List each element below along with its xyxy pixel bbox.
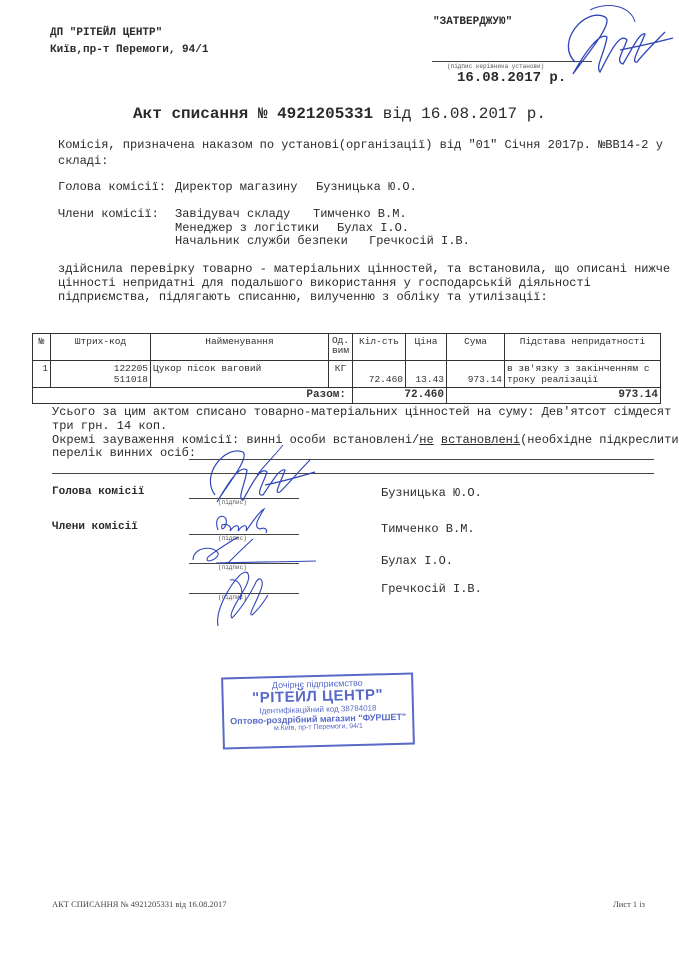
director-signature-icon [545, 2, 675, 82]
remarks-suffix: (необхідне підкреслити) [520, 433, 679, 447]
footer-doc-ref: АКТ СПИСАННЯ № 4921205331 від 16.08.2017 [52, 899, 226, 909]
summary-line-2: три грн. 14 коп. [52, 419, 167, 433]
table-row: 1 122205 511018 Цукор пісок ваговий КГ 7… [33, 361, 660, 388]
intro-line-2: складі: [58, 154, 108, 168]
sign-name: Булах І.О. [381, 554, 453, 568]
footer-page: Лист 1 із [613, 899, 645, 909]
approve-label: "ЗАТВЕРДЖУЮ" [433, 16, 512, 28]
finding-line-2: цінності непридатні для подальшого викор… [58, 276, 591, 290]
act-number: 4921205331 [277, 105, 373, 123]
table-total-row: Разом: 72.460 973.14 [33, 388, 660, 403]
barcode-part-2: 511018 [53, 374, 148, 385]
row-name: Цукор пісок ваговий [151, 361, 329, 387]
row-sum: 973.14 [447, 361, 505, 387]
col-header-name: Найменування [151, 334, 329, 360]
sign-members-label: Члени комісії [52, 521, 138, 533]
table-header: № Штрих-код Найменування Од. вим Кіл-сть… [33, 334, 660, 361]
reason-part-1: в зв'язку з закінченням с [507, 363, 658, 374]
col-header-qty: Кіл-сть [353, 334, 406, 360]
page-title: Акт списання № 4921205331 від 16.08.2017… [0, 105, 679, 123]
col-header-reason: Підстава непридатності [505, 334, 660, 360]
row-reason: в зв'язку з закінченням с троку реалізац… [505, 361, 660, 387]
head-signature-icon [195, 440, 325, 510]
sign-name: Бузницька Ю.О. [381, 486, 482, 500]
total-label: Разом: [33, 388, 353, 403]
col-header-barcode: Штрих-код [51, 334, 151, 360]
row-barcode: 122205 511018 [51, 361, 151, 387]
approve-caption: (підпис керівника установи) [447, 63, 544, 70]
remarks-not: не [419, 433, 433, 447]
sign-name: Гречкосій І.В. [381, 582, 482, 596]
summary-line-1: Усього за цим актом списано товарно-мате… [52, 405, 671, 419]
col-header-unit: Од. вим [329, 334, 353, 360]
commission-head-label: Голова комісії: [58, 180, 166, 194]
total-qty: 72.460 [353, 388, 447, 403]
sign-head-label: Голова комісії [52, 486, 144, 498]
commission-head-position: Директор магазину [175, 180, 297, 194]
culprits-label: перелік винних осіб: [52, 446, 196, 460]
col-header-num: № [33, 334, 51, 360]
row-price: 13.43 [406, 361, 447, 387]
reason-part-2: троку реалізації [507, 374, 658, 385]
member-name: Булах І.О. [337, 221, 409, 235]
row-qty: 72.460 [353, 361, 406, 387]
finding-line-1: здійснила перевірку товарно - матеріальн… [58, 262, 670, 276]
commission-head-name: Бузницька Ю.О. [316, 180, 417, 194]
sign-name: Тимченко В.М. [381, 522, 475, 536]
member-name: Гречкосій І.В. [369, 234, 470, 248]
title-date: від 16.08.2017 р. [383, 105, 546, 123]
remarks-line: Окремі зауваження комісії: винні особи в… [52, 433, 679, 447]
title-prefix: Акт списання № [133, 105, 267, 123]
commission-members-label: Члени комісії: [58, 207, 159, 221]
row-num: 1 [33, 361, 51, 387]
company-stamp: Дочірнє підприємство "РІТЕЙЛ ЦЕНТР" Іден… [221, 672, 415, 749]
row-unit: КГ [329, 361, 353, 387]
col-header-sum: Сума [447, 334, 505, 360]
barcode-part-1: 122205 [53, 363, 148, 374]
member-position: Начальник служби безпеки [175, 234, 348, 248]
member-name: Тимченко В.М. [313, 207, 407, 221]
remarks-space [434, 433, 441, 447]
finding-line-3: підприємства, підлягають списанню, вилуч… [58, 290, 548, 304]
total-sum: 973.14 [447, 388, 660, 403]
culprits-line-2 [52, 473, 654, 474]
col-header-price: Ціна [406, 334, 447, 360]
member-position: Завідувач складу [175, 207, 290, 221]
org-name: ДП "РІТЕЙЛ ЦЕНТР" [50, 27, 162, 39]
remarks-established: встановлені [441, 433, 520, 447]
writeoff-table: № Штрих-код Найменування Од. вим Кіл-сть… [32, 333, 661, 404]
member-position: Менеджер з логістики [175, 221, 319, 235]
member3-signature-icon [210, 560, 280, 630]
org-address: Київ,пр-т Перемоги, 94/1 [50, 44, 208, 56]
intro-line-1: Комісія, призначена наказом по установі(… [58, 138, 663, 152]
